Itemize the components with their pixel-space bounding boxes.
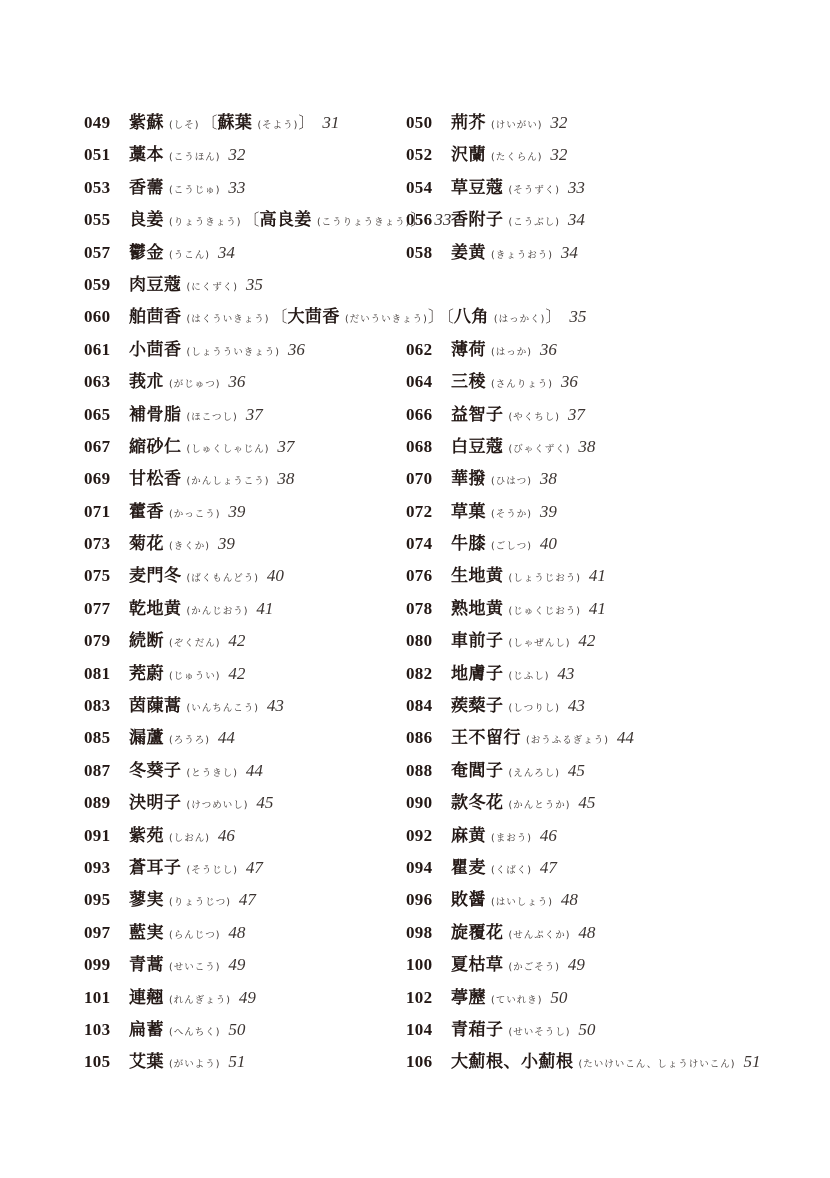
entry-number: 051 bbox=[84, 139, 129, 171]
page-number: 37 bbox=[277, 437, 294, 456]
herb-reading: (しそ) bbox=[169, 120, 199, 131]
herb-name: 藁本 bbox=[129, 145, 164, 165]
herb-reading: (とうきし) bbox=[187, 768, 238, 779]
page-number: 40 bbox=[267, 566, 284, 585]
toc-entry[interactable]: 062薄荷(はっか)36 bbox=[406, 334, 557, 366]
toc-row: 067縮砂仁(しゅくしゃじん)37068白豆蔻(びゃくずく)38 bbox=[84, 431, 764, 463]
herb-reading: (けいがい) bbox=[491, 120, 542, 131]
entry-number: 083 bbox=[84, 690, 129, 722]
herb-reading: (れんぎょう) bbox=[169, 995, 231, 1006]
entry-number: 087 bbox=[84, 755, 129, 787]
page-number: 48 bbox=[228, 923, 245, 942]
herb-name: 牛膝 bbox=[451, 534, 486, 554]
page-number: 47 bbox=[246, 858, 263, 877]
page-number: 45 bbox=[256, 793, 273, 812]
toc-entry[interactable]: 075麦門冬(ばくもんどう)40 bbox=[84, 560, 284, 592]
entry-number: 068 bbox=[406, 431, 451, 463]
page-number: 36 bbox=[561, 372, 578, 391]
page-number: 42 bbox=[228, 631, 245, 650]
page-number: 44 bbox=[617, 728, 634, 747]
herb-reading: (うこん) bbox=[169, 250, 210, 261]
herb-name: 益智子 bbox=[451, 405, 504, 425]
herb-name: 青葙子 bbox=[451, 1020, 504, 1040]
entry-number: 075 bbox=[84, 560, 129, 592]
herb-name: 続断 bbox=[129, 631, 164, 651]
toc-entry[interactable]: 052沢蘭(たくらん)32 bbox=[406, 139, 567, 171]
entry-number: 092 bbox=[406, 820, 451, 852]
herb-name: 香薷 bbox=[129, 178, 164, 198]
toc-entry[interactable]: 073菊花(きくか)39 bbox=[84, 528, 235, 560]
page-number: 49 bbox=[239, 988, 256, 1007]
toc-row: 069甘松香(かんしょうこう)38070華撥(ひはつ)38 bbox=[84, 463, 764, 495]
page-number: 47 bbox=[239, 890, 256, 909]
page-number: 41 bbox=[256, 599, 273, 618]
toc-row: 071藿香(かっこう)39072草菓(そうか)39 bbox=[84, 496, 764, 528]
herb-reading: (まおう) bbox=[491, 833, 532, 844]
entry-number: 089 bbox=[84, 787, 129, 819]
herb-reading: (こうぶし) bbox=[509, 217, 560, 228]
toc-entry[interactable]: 056香附子(こうぶし)34 bbox=[406, 204, 585, 236]
herb-name: 草豆蔻 bbox=[451, 178, 504, 198]
entry-number: 053 bbox=[84, 172, 129, 204]
page-number: 41 bbox=[589, 599, 606, 618]
page-number: 38 bbox=[578, 437, 595, 456]
page-number: 32 bbox=[550, 113, 567, 132]
toc-entry[interactable]: 060舶茴香(はくういきょう)〔大茴香(だいういきょう)〕〔八角(はっかく)〕3… bbox=[84, 301, 586, 333]
entry-number: 086 bbox=[406, 722, 451, 754]
entry-number: 050 bbox=[406, 107, 451, 139]
page-number: 39 bbox=[228, 502, 245, 521]
toc-entry[interactable]: 101連翹(れんぎょう)49 bbox=[84, 982, 256, 1014]
alt-herb-reading: (こうりょうきょう) bbox=[317, 217, 410, 228]
herb-name: 青蒿 bbox=[129, 955, 164, 975]
toc-entry[interactable]: 076生地黄(しょうじおう)41 bbox=[406, 560, 606, 592]
herb-reading: (こうほん) bbox=[169, 152, 220, 163]
toc-entry[interactable]: 088奄閭子(えんろし)45 bbox=[406, 755, 585, 787]
toc-entry[interactable]: 049紫蘇(しそ)〔蘇葉(そよう)〕31 bbox=[84, 107, 339, 139]
toc-entry[interactable]: 082地膚子(じふし)43 bbox=[406, 658, 574, 690]
herb-name: 麻黄 bbox=[451, 826, 486, 846]
herb-reading: (かんとうか) bbox=[509, 800, 571, 811]
entry-number: 093 bbox=[84, 852, 129, 884]
herb-reading: (ばくもんどう) bbox=[187, 573, 259, 584]
alt-herb-name: 八角 bbox=[454, 307, 489, 327]
toc-row: 077乾地黄(かんじおう)41078熟地黄(じゅくじおう)41 bbox=[84, 593, 764, 625]
page-number: 42 bbox=[578, 631, 595, 650]
entry-number: 074 bbox=[406, 528, 451, 560]
page-number: 36 bbox=[288, 340, 305, 359]
toc-row: 079続断(ぞくだん)42080車前子(しゃぜんし)42 bbox=[84, 625, 764, 657]
herb-reading: (やくちし) bbox=[509, 412, 560, 423]
bracket-open: 〔 bbox=[201, 113, 217, 132]
toc-entry[interactable]: 058姜黄(きょうおう)34 bbox=[406, 237, 578, 269]
page-number: 33 bbox=[228, 178, 245, 197]
toc-entry[interactable]: 093蒼耳子(そうじし)47 bbox=[84, 852, 263, 884]
toc-row: 081茺蔚(じゅうい)42082地膚子(じふし)43 bbox=[84, 658, 764, 690]
toc-row: 099青蒿(せいこう)49100夏枯草(かごそう)49 bbox=[84, 949, 764, 981]
entry-number: 067 bbox=[84, 431, 129, 463]
toc-row: 083茵蔯蒿(いんちんこう)43084蒺蔾子(しつりし)43 bbox=[84, 690, 764, 722]
herb-name: 縮砂仁 bbox=[129, 437, 182, 457]
herb-reading: (かっこう) bbox=[169, 509, 220, 520]
herb-name: 茵蔯蒿 bbox=[129, 696, 182, 716]
toc-row: 073菊花(きくか)39074牛膝(ごしつ)40 bbox=[84, 528, 764, 560]
page-number: 41 bbox=[589, 566, 606, 585]
toc-entry[interactable]: 054草豆蔻(そうずく)33 bbox=[406, 172, 585, 204]
entry-number: 084 bbox=[406, 690, 451, 722]
page-number: 46 bbox=[218, 826, 235, 845]
herb-name: 車前子 bbox=[451, 631, 504, 651]
alt-herb-reading: (そよう) bbox=[257, 120, 298, 131]
entry-number: 076 bbox=[406, 560, 451, 592]
entry-number: 100 bbox=[406, 949, 451, 981]
herb-name: 薄荷 bbox=[451, 340, 486, 360]
herb-name: 紫蘇 bbox=[129, 113, 164, 133]
toc-entry[interactable]: 085漏蘆(ろうろ)44 bbox=[84, 722, 235, 754]
bracket-close: 〕 bbox=[428, 307, 444, 326]
page-number: 42 bbox=[228, 664, 245, 683]
toc-entry[interactable]: 103扁蓄(へんちく)50 bbox=[84, 1014, 245, 1046]
herb-name: 熟地黄 bbox=[451, 599, 504, 619]
herb-name: 蒼耳子 bbox=[129, 858, 182, 878]
toc-entry[interactable]: 051藁本(こうほん)32 bbox=[84, 139, 245, 171]
herb-reading: (しおん) bbox=[169, 833, 210, 844]
entry-number: 069 bbox=[84, 463, 129, 495]
herb-name: 香附子 bbox=[451, 210, 504, 230]
page-number: 40 bbox=[540, 534, 557, 553]
toc-row: 059肉豆蔻(にくずく)35 bbox=[84, 269, 764, 301]
page-number: 46 bbox=[540, 826, 557, 845]
herb-name: 菊花 bbox=[129, 534, 164, 554]
entry-number: 091 bbox=[84, 820, 129, 852]
page-number: 32 bbox=[228, 145, 245, 164]
entry-number: 061 bbox=[84, 334, 129, 366]
herb-reading: (そうじし) bbox=[187, 865, 238, 876]
herb-reading: (はいしょう) bbox=[491, 897, 553, 908]
toc-entry[interactable]: 069甘松香(かんしょうこう)38 bbox=[84, 463, 294, 495]
page-number: 45 bbox=[578, 793, 595, 812]
herb-name: 良姜 bbox=[129, 210, 164, 230]
toc-entry[interactable]: 083茵蔯蒿(いんちんこう)43 bbox=[84, 690, 284, 722]
herb-reading: (せいそうし) bbox=[509, 1027, 571, 1038]
herb-name: 款冬花 bbox=[451, 793, 504, 813]
toc-entry[interactable]: 098旋覆花(せんぷくか)48 bbox=[406, 917, 595, 949]
toc-entry[interactable]: 097藍実(らんじつ)48 bbox=[84, 917, 245, 949]
herb-reading: (きょうおう) bbox=[491, 250, 553, 261]
toc-entry[interactable]: 095蓼実(りょうじつ)47 bbox=[84, 884, 256, 916]
entry-number: 105 bbox=[84, 1046, 129, 1078]
toc-entry[interactable]: 102葶藶(ていれき)50 bbox=[406, 982, 567, 1014]
herb-reading: (たくらん) bbox=[491, 152, 542, 163]
herb-reading: (がいよう) bbox=[169, 1059, 220, 1070]
herb-name: 甘松香 bbox=[129, 469, 182, 489]
toc-entry[interactable]: 084蒺蔾子(しつりし)43 bbox=[406, 690, 585, 722]
herb-reading: (らんじつ) bbox=[169, 930, 220, 941]
herb-reading: (たいけいこん、しょうけいこん) bbox=[579, 1059, 736, 1070]
toc-entry[interactable]: 090款冬花(かんとうか)45 bbox=[406, 787, 595, 819]
entry-number: 055 bbox=[84, 204, 129, 236]
toc-entry[interactable]: 066益智子(やくちし)37 bbox=[406, 399, 585, 431]
toc-entry[interactable]: 078熟地黄(じゅくじおう)41 bbox=[406, 593, 606, 625]
herb-reading: (さんりょう) bbox=[491, 379, 553, 390]
toc-entry[interactable]: 063莪朮(がじゅつ)36 bbox=[84, 366, 245, 398]
toc-entry[interactable]: 089決明子(けつめいし)45 bbox=[84, 787, 273, 819]
page-number: 48 bbox=[578, 923, 595, 942]
entry-number: 082 bbox=[406, 658, 451, 690]
herb-reading: (おうふるぎょう) bbox=[526, 735, 609, 746]
bracket-open: 〔 bbox=[446, 307, 454, 326]
toc-entry[interactable]: 106大薊根、小薊根(たいけいこん、しょうけいこん)51 bbox=[406, 1046, 760, 1078]
page-number: 51 bbox=[228, 1052, 245, 1071]
toc-entry[interactable]: 079続断(ぞくだん)42 bbox=[84, 625, 245, 657]
herb-reading: (せいこう) bbox=[169, 962, 220, 973]
herb-reading: (ひはつ) bbox=[491, 476, 532, 487]
entry-number: 066 bbox=[406, 399, 451, 431]
page-number: 51 bbox=[743, 1052, 760, 1071]
toc-entry[interactable]: 061小茴香(しょうういきょう)36 bbox=[84, 334, 305, 366]
toc-row: 053香薷(こうじゅ)33054草豆蔻(そうずく)33 bbox=[84, 172, 764, 204]
entry-number: 102 bbox=[406, 982, 451, 1014]
herb-name: 蒺蔾子 bbox=[451, 696, 504, 716]
page-number: 36 bbox=[540, 340, 557, 359]
herb-name: 補骨脂 bbox=[129, 405, 182, 425]
toc-entry[interactable]: 086王不留行(おうふるぎょう)44 bbox=[406, 722, 634, 754]
toc-row: 101連翹(れんぎょう)49102葶藶(ていれき)50 bbox=[84, 982, 764, 1014]
page-number: 34 bbox=[561, 243, 578, 262]
herb-name: 生地黄 bbox=[451, 566, 504, 586]
entry-number: 085 bbox=[84, 722, 129, 754]
herb-name: 肉豆蔻 bbox=[129, 275, 182, 295]
herb-reading: (しゃぜんし) bbox=[509, 638, 571, 649]
entry-number: 059 bbox=[84, 269, 129, 301]
toc-entry[interactable]: 072草菓(そうか)39 bbox=[406, 496, 557, 528]
bracket-close: 〕 bbox=[298, 113, 314, 132]
herb-reading: (そうずく) bbox=[509, 185, 560, 196]
herb-name: 莪朮 bbox=[129, 372, 164, 392]
herb-reading: (しょうじおう) bbox=[509, 573, 581, 584]
herb-name: 葶藶 bbox=[451, 988, 486, 1008]
herb-reading: (くばく) bbox=[491, 865, 532, 876]
toc-entry[interactable]: 074牛膝(ごしつ)40 bbox=[406, 528, 557, 560]
page-number: 50 bbox=[550, 988, 567, 1007]
herb-name: 舶茴香 bbox=[129, 307, 182, 327]
herb-name: 姜黄 bbox=[451, 243, 486, 263]
entry-number: 090 bbox=[406, 787, 451, 819]
herb-name: 草菓 bbox=[451, 502, 486, 522]
entry-number: 101 bbox=[84, 982, 129, 1014]
toc-entry[interactable]: 077乾地黄(かんじおう)41 bbox=[84, 593, 273, 625]
toc-entry[interactable]: 067縮砂仁(しゅくしゃじん)37 bbox=[84, 431, 294, 463]
toc-row: 065補骨脂(ほこつし)37066益智子(やくちし)37 bbox=[84, 399, 764, 431]
entry-number: 071 bbox=[84, 496, 129, 528]
toc-entry[interactable]: 080車前子(しゃぜんし)42 bbox=[406, 625, 595, 657]
toc-entry[interactable]: 081茺蔚(じゅうい)42 bbox=[84, 658, 245, 690]
entry-number: 104 bbox=[406, 1014, 451, 1046]
entry-number: 063 bbox=[84, 366, 129, 398]
herb-name: 白豆蔻 bbox=[451, 437, 504, 457]
page-number: 34 bbox=[568, 210, 585, 229]
entry-number: 056 bbox=[406, 204, 451, 236]
herb-reading: (がじゅつ) bbox=[169, 379, 220, 390]
herb-reading: (りょうきょう) bbox=[169, 217, 241, 228]
entry-number: 054 bbox=[406, 172, 451, 204]
toc-entry[interactable]: 105艾葉(がいよう)51 bbox=[84, 1046, 245, 1078]
toc-row: 095蓼実(りょうじつ)47096敗醤(はいしょう)48 bbox=[84, 884, 764, 916]
page-number: 36 bbox=[228, 372, 245, 391]
entry-number: 079 bbox=[84, 625, 129, 657]
herb-reading: (かんしょうこう) bbox=[187, 476, 270, 487]
toc-entry[interactable]: 087冬葵子(とうきし)44 bbox=[84, 755, 263, 787]
herb-name: 連翹 bbox=[129, 988, 164, 1008]
herb-reading: (けつめいし) bbox=[187, 800, 249, 811]
herb-name: 瞿麦 bbox=[451, 858, 486, 878]
toc-entry[interactable]: 055良姜(りょうきょう)〔高良姜(こうりょうきょう)〕33 bbox=[84, 204, 451, 236]
herb-name: 華撥 bbox=[451, 469, 486, 489]
page-number: 50 bbox=[228, 1020, 245, 1039]
entry-number: 096 bbox=[406, 884, 451, 916]
page-number: 31 bbox=[322, 113, 339, 132]
page-number: 48 bbox=[561, 890, 578, 909]
page-number: 38 bbox=[540, 469, 557, 488]
entry-number: 080 bbox=[406, 625, 451, 657]
herb-name: 冬葵子 bbox=[129, 761, 182, 781]
herb-name: 蓼実 bbox=[129, 890, 164, 910]
entry-number: 078 bbox=[406, 593, 451, 625]
entry-number: 088 bbox=[406, 755, 451, 787]
toc-entry[interactable]: 070華撥(ひはつ)38 bbox=[406, 463, 557, 495]
herb-name: 麦門冬 bbox=[129, 566, 182, 586]
alt-herb-reading: (はっかく) bbox=[494, 314, 545, 325]
toc-entry[interactable]: 096敗醤(はいしょう)48 bbox=[406, 884, 578, 916]
toc-entry[interactable]: 092麻黄(まおう)46 bbox=[406, 820, 557, 852]
herb-reading: (ごしつ) bbox=[491, 541, 532, 552]
herb-reading: (じふし) bbox=[509, 671, 550, 682]
page-number: 37 bbox=[568, 405, 585, 424]
page-number: 34 bbox=[218, 243, 235, 262]
herb-reading: (りょうじつ) bbox=[169, 897, 231, 908]
entry-number: 064 bbox=[406, 366, 451, 398]
toc-entry[interactable]: 057鬱金(うこん)34 bbox=[84, 237, 235, 269]
herb-name: 奄閭子 bbox=[451, 761, 504, 781]
toc-entry[interactable]: 059肉豆蔻(にくずく)35 bbox=[84, 269, 263, 301]
entry-number: 057 bbox=[84, 237, 129, 269]
page-number: 35 bbox=[246, 275, 263, 294]
herb-reading: (びゃくずく) bbox=[509, 444, 571, 455]
herb-name: 荊芥 bbox=[451, 113, 486, 133]
toc-entry[interactable]: 071藿香(かっこう)39 bbox=[84, 496, 245, 528]
herb-reading: (きくか) bbox=[169, 541, 210, 552]
herb-reading: (かんじおう) bbox=[187, 606, 249, 617]
toc-entry[interactable]: 099青蒿(せいこう)49 bbox=[84, 949, 245, 981]
alt-herb-name: 高良姜 bbox=[259, 210, 312, 230]
herb-reading: (じゅくじおう) bbox=[509, 606, 581, 617]
toc-entry[interactable]: 104青葙子(せいそうし)50 bbox=[406, 1014, 595, 1046]
herb-name: 小茴香 bbox=[129, 340, 182, 360]
toc-row: 057鬱金(うこん)34058姜黄(きょうおう)34 bbox=[84, 237, 764, 269]
page-number: 44 bbox=[218, 728, 235, 747]
page-number: 32 bbox=[550, 145, 567, 164]
herb-name: 藍実 bbox=[129, 923, 164, 943]
entry-number: 095 bbox=[84, 884, 129, 916]
toc-row: 089決明子(けつめいし)45090款冬花(かんとうか)45 bbox=[84, 787, 764, 819]
page-number: 43 bbox=[557, 664, 574, 683]
herb-name: 敗醤 bbox=[451, 890, 486, 910]
toc-row: 091紫苑(しおん)46092麻黄(まおう)46 bbox=[84, 820, 764, 852]
entry-number: 106 bbox=[406, 1046, 451, 1078]
toc-row: 049紫蘇(しそ)〔蘇葉(そよう)〕31050荊芥(けいがい)32 bbox=[84, 107, 764, 139]
herb-reading: (いんちんこう) bbox=[187, 703, 259, 714]
herb-reading: (ろうろ) bbox=[169, 735, 210, 746]
herb-name: 王不留行 bbox=[451, 728, 521, 748]
herb-name: 鬱金 bbox=[129, 243, 164, 263]
entry-number: 052 bbox=[406, 139, 451, 171]
herb-name: 決明子 bbox=[129, 793, 182, 813]
page-number: 33 bbox=[568, 178, 585, 197]
herb-name: 旋覆花 bbox=[451, 923, 504, 943]
toc-row: 085漏蘆(ろうろ)44086王不留行(おうふるぎょう)44 bbox=[84, 722, 764, 754]
herb-name: 紫苑 bbox=[129, 826, 164, 846]
toc-entry[interactable]: 094瞿麦(くばく)47 bbox=[406, 852, 557, 884]
toc-row: 051藁本(こうほん)32052沢蘭(たくらん)32 bbox=[84, 139, 764, 171]
bracket-open: 〔 bbox=[271, 307, 287, 326]
entry-number: 065 bbox=[84, 399, 129, 431]
toc-entry[interactable]: 064三稜(さんりょう)36 bbox=[406, 366, 578, 398]
page-number: 37 bbox=[246, 405, 263, 424]
herb-name: 艾葉 bbox=[129, 1052, 164, 1072]
herb-reading: (ぞくだん) bbox=[169, 638, 220, 649]
entry-number: 103 bbox=[84, 1014, 129, 1046]
entry-number: 073 bbox=[84, 528, 129, 560]
herb-name: 沢蘭 bbox=[451, 145, 486, 165]
herb-name: 地膚子 bbox=[451, 664, 504, 684]
alt-herb-name: 大茴香 bbox=[287, 307, 340, 327]
entry-number: 077 bbox=[84, 593, 129, 625]
entry-number: 099 bbox=[84, 949, 129, 981]
toc-entry[interactable]: 050荊芥(けいがい)32 bbox=[406, 107, 567, 139]
herb-reading: (そうか) bbox=[491, 509, 532, 520]
toc-entry[interactable]: 068白豆蔻(びゃくずく)38 bbox=[406, 431, 595, 463]
entry-number: 081 bbox=[84, 658, 129, 690]
entry-number: 049 bbox=[84, 107, 129, 139]
page-number: 49 bbox=[228, 955, 245, 974]
toc-row: 093蒼耳子(そうじし)47094瞿麦(くばく)47 bbox=[84, 852, 764, 884]
entry-number: 070 bbox=[406, 463, 451, 495]
toc-row: 105艾葉(がいよう)51106大薊根、小薊根(たいけいこん、しょうけいこん)5… bbox=[84, 1046, 764, 1078]
herb-name: 大薊根、小薊根 bbox=[451, 1052, 574, 1072]
toc-entry[interactable]: 100夏枯草(かごそう)49 bbox=[406, 949, 585, 981]
page-number: 39 bbox=[540, 502, 557, 521]
herb-reading: (えんろし) bbox=[509, 768, 560, 779]
bracket-close: 〕 bbox=[545, 307, 561, 326]
page-number: 50 bbox=[578, 1020, 595, 1039]
page-number: 49 bbox=[568, 955, 585, 974]
entry-number: 097 bbox=[84, 917, 129, 949]
toc-row: 055良姜(りょうきょう)〔高良姜(こうりょうきょう)〕33056香附子(こうぶ… bbox=[84, 204, 764, 236]
herb-reading: (はくういきょう) bbox=[187, 314, 270, 325]
toc-entry[interactable]: 053香薷(こうじゅ)33 bbox=[84, 172, 245, 204]
page-number: 43 bbox=[267, 696, 284, 715]
herb-reading: (にくずく) bbox=[187, 282, 238, 293]
entry-number: 094 bbox=[406, 852, 451, 884]
entry-number: 072 bbox=[406, 496, 451, 528]
toc-entry[interactable]: 091紫苑(しおん)46 bbox=[84, 820, 235, 852]
toc-entry[interactable]: 065補骨脂(ほこつし)37 bbox=[84, 399, 263, 431]
herb-reading: (へんちく) bbox=[169, 1027, 220, 1038]
toc-row: 075麦門冬(ばくもんどう)40076生地黄(しょうじおう)41 bbox=[84, 560, 764, 592]
bracket-open: 〔 bbox=[243, 210, 259, 229]
herb-name: 夏枯草 bbox=[451, 955, 504, 975]
herb-name: 藿香 bbox=[129, 502, 164, 522]
